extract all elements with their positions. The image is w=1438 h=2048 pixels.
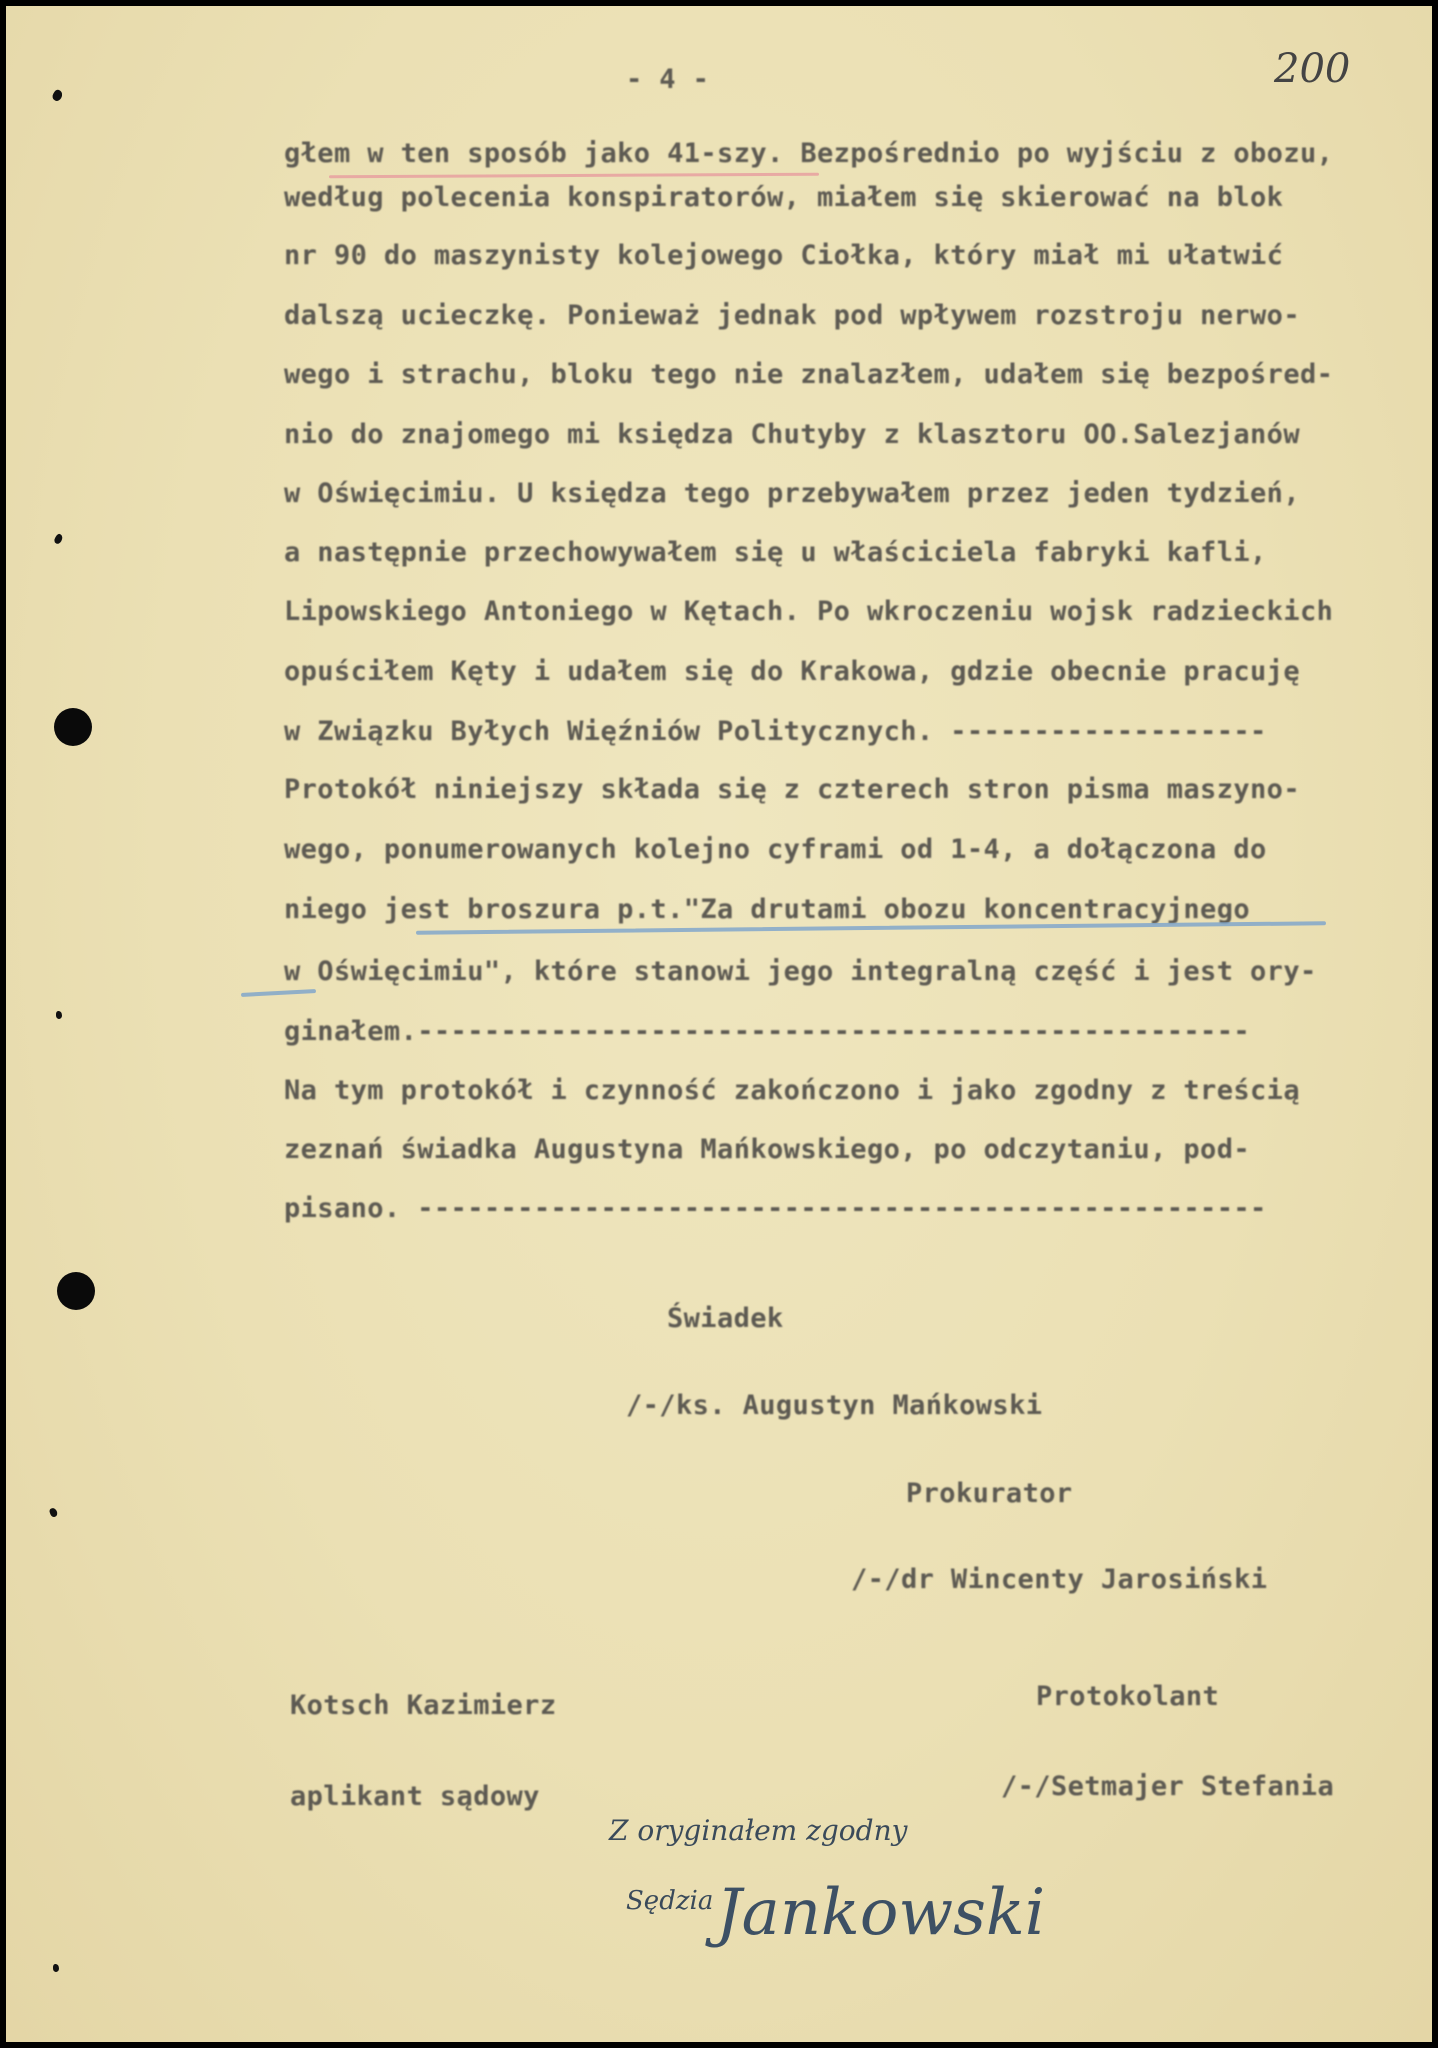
body-line: ginałem.--------------------------------… bbox=[284, 1016, 1250, 1047]
body-line: a następnie przechowywałem się u właścic… bbox=[284, 537, 1267, 568]
body-line: wego, ponumerowanych kolejno cyframi od … bbox=[284, 834, 1267, 865]
prosecutor-name: /-/dr Wincenty Jarosiński bbox=[851, 1564, 1267, 1595]
margin-mark bbox=[53, 1964, 59, 1972]
witness-label: Świadek bbox=[667, 1303, 784, 1334]
prosecutor-label: Prokurator bbox=[906, 1478, 1073, 1509]
blue-pencil-underline bbox=[241, 989, 316, 997]
body-line: głem w ten sposób jako 41-szy. Bezpośred… bbox=[284, 138, 1333, 169]
body-line: w Związku Byłych Więźniów Politycznych. … bbox=[284, 716, 1267, 747]
page-number: - 4 - bbox=[626, 64, 709, 95]
body-line: zeznań świadka Augustyna Mańkowskiego, p… bbox=[284, 1134, 1250, 1165]
body-line: Na tym protokół i czynność zakończono i … bbox=[284, 1075, 1300, 1106]
handwritten-certification: Z oryginałem zgodny bbox=[609, 1814, 907, 1847]
clerk-name: /-/Setmajer Stefania bbox=[1001, 1771, 1334, 1802]
body-line: niego jest broszura p.t."Za drutami oboz… bbox=[284, 894, 1250, 925]
body-line: nr 90 do maszynisty kolejowego Ciołka, k… bbox=[284, 240, 1283, 271]
trainee-title: aplikant sądowy bbox=[290, 1781, 540, 1812]
body-line: wego i strachu, bloku tego nie znalazłem… bbox=[284, 359, 1333, 390]
body-line: Protokół niniejszy składa się z czterech… bbox=[284, 774, 1300, 805]
body-line: opuściłem Kęty i udałem się do Krakowa, … bbox=[284, 656, 1300, 687]
handwritten-signature: Jankowski bbox=[716, 1876, 1045, 1950]
clerk-label: Protokolant bbox=[1036, 1681, 1219, 1712]
body-line: w Oświęcimiu", które stanowi jego integr… bbox=[284, 956, 1317, 987]
witness-name: /-/ks. Augustyn Mańkowski bbox=[626, 1390, 1042, 1421]
red-pencil-underline bbox=[329, 173, 819, 179]
document-page: - 4 - 200 głem w ten sposób jako 41-szy.… bbox=[6, 6, 1432, 2042]
trainee-name: Kotsch Kazimierz bbox=[290, 1690, 557, 1721]
body-line: dalszą ucieczkę. Ponieważ jednak pod wpł… bbox=[284, 300, 1300, 331]
body-line: Lipowskiego Antoniego w Kętach. Po wkroc… bbox=[284, 596, 1333, 627]
margin-mark bbox=[49, 1507, 59, 1518]
handwritten-judge-label: Sędzia bbox=[626, 1886, 713, 1916]
margin-mark bbox=[53, 533, 64, 545]
punch-hole-bottom bbox=[57, 1272, 95, 1310]
punch-hole-top bbox=[54, 708, 92, 746]
body-line: nio do znajomego mi księdza Chutyby z kl… bbox=[284, 419, 1300, 450]
folio-number: 200 bbox=[1274, 46, 1350, 92]
margin-mark bbox=[51, 88, 64, 102]
body-line: według polecenia konspiratorów, miałem s… bbox=[284, 182, 1283, 213]
body-line: w Oświęcimiu. U księdza tego przebywałem… bbox=[284, 478, 1300, 509]
body-line: pisano. --------------------------------… bbox=[284, 1193, 1267, 1224]
margin-mark bbox=[56, 1011, 62, 1019]
